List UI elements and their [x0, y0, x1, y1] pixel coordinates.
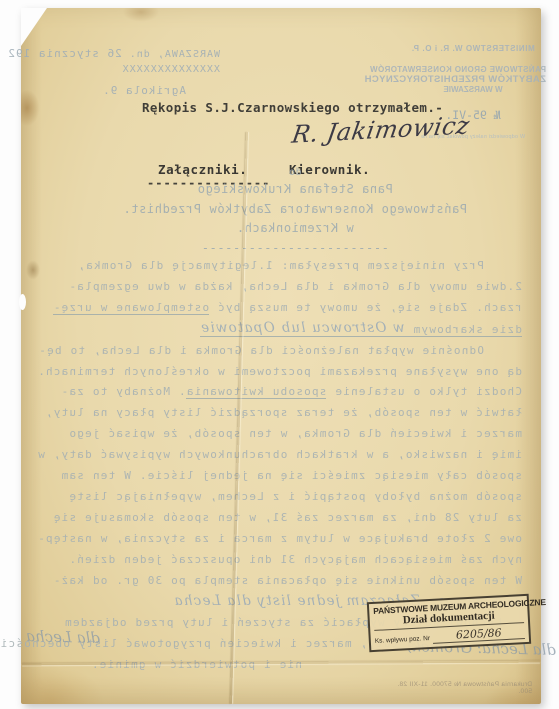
stamp-register-number: 6205/86 [433, 625, 525, 644]
body-line: W ten sposób uniknie się opłacania stemp… [42, 571, 522, 592]
edge-nick [19, 294, 26, 310]
stamp-register-label: Ks. wpływu poz. Nr [375, 635, 431, 647]
bleed-date-line: WARSZAWA, dn. 26 stycznia 192 9 r. [30, 46, 220, 62]
body-line: nych zaś miesiącach mających 31 dni opus… [42, 550, 522, 571]
body-line: Chodzi tylko o ustalenie sposobu kwitowa… [42, 382, 522, 403]
address-place: w Krzemionkach. [120, 219, 470, 239]
museum-stamp: PAŃSTWOWE MUZEUM ARCHEOLOGICZNE Dział do… [367, 594, 531, 652]
bleed-address-block: do Pana Stefana Krukowskiego Państwowego… [120, 166, 470, 258]
handwritten-note-fragment: dla Lecha [26, 627, 100, 647]
body-line: sposób cały miesiąc zmieści się na jedne… [42, 466, 522, 487]
printer-imprint: Drukarnia Państwowa № 57000. 11-XII 28. … [382, 681, 532, 695]
body-line: rzach. Zdaje się, że umowy te muszą być … [42, 298, 522, 319]
document-scan: WARSZAWA, dn. 26 stycznia 192 9 r. XXXXX… [0, 0, 559, 709]
letterhead-org-2: ZABYTKÓW PRZEDHISTORYCZNYCH [400, 74, 546, 85]
address-to: do [120, 166, 470, 180]
letterhead-city: W WARSZAWIE [400, 85, 546, 94]
body-line: marzec i kwiecień dla Gromka, w ten spos… [42, 424, 522, 445]
body-line: 2.dwie umowy dla Gromka i dla Lecha, każ… [42, 277, 522, 298]
body-line: Odnośnie wypłat należności dla Gromka i … [42, 341, 522, 362]
handwritten-insert: w Ostrowcu lub Opatowie [200, 320, 405, 337]
letterhead-org-1: PAŃSTWOWE GRONO KONSERWATORÓW [400, 65, 546, 74]
received-note: Rękopis S.J.Czarnowskiego otrzymałem.- [142, 100, 443, 115]
bleed-strikeout-line: XXXXXXXXXXXXXX [30, 62, 220, 77]
bleed-date-block: WARSZAWA, dn. 26 stycznia 192 9 r. XXXXX… [30, 46, 220, 98]
body-line: imię i nazwisko, a w kratkach obrachunko… [42, 445, 522, 466]
body-line: sposób można byłoby postąpić i z Lechem,… [42, 487, 522, 508]
body-line: owe 2 złote brakujące w lutym z marca i … [42, 529, 522, 550]
body-line: nie i potwierdzić w gminie. [42, 655, 522, 676]
letterhead-ministry: MINISTERSTWO W. R. i O. P. [400, 44, 546, 53]
body-line: Przy niniejszem przesyłam: 1.legitymację… [42, 256, 522, 277]
body-line: dą one wysyłane przekazami pocztowemi w … [42, 362, 522, 383]
address-name: Pana Stefana Krukowskiego [120, 180, 470, 200]
body-line: za luty 28 dni, za marzec zaś 31, w ten … [42, 508, 522, 529]
bleed-street-line: Agrikola 9. [30, 83, 220, 98]
body-line: łatwić w ten sposób, że teraz sporządzić… [42, 403, 522, 424]
body-line: dzie skarbowym w Ostrowcu lub Opatowie [42, 319, 522, 341]
address-title: Państwowego Konserwatora Zabytków Przedh… [120, 200, 470, 220]
